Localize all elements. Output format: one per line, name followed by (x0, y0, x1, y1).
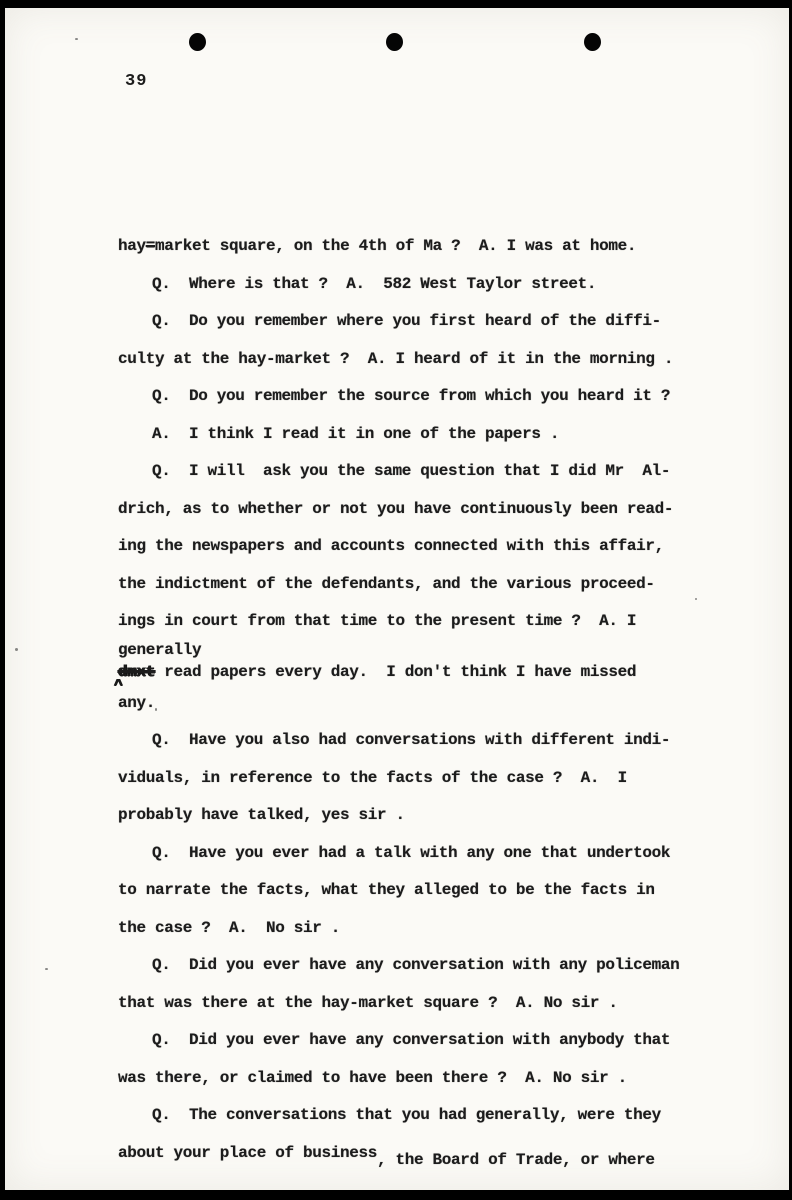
transcript-line: Q. I will ask you the same question that… (118, 453, 718, 491)
transcript-line: Q. Did you ever have any conversation wi… (118, 1022, 718, 1060)
transcript-line: Q. Did you ever have any conversation wi… (118, 947, 718, 985)
transcript-line: about your place of business, the Board … (118, 1135, 718, 1173)
scan-speck (75, 38, 78, 40)
scan-speck (155, 708, 157, 711)
scan-speck (45, 968, 48, 970)
transcript-text: hay=market square, on the 4th of Ma ? A.… (118, 228, 718, 1172)
strikethrough-segment: = (146, 237, 155, 255)
page-number: 39 (125, 72, 147, 91)
transcript-line: to narrate the facts, what they alleged … (118, 872, 718, 910)
transcript-line: Q. Do you remember where you first heard… (118, 303, 718, 341)
punch-hole-icon (189, 33, 206, 51)
transcript-line: Q. The conversations that you had genera… (118, 1097, 718, 1135)
transcript-line: generally (118, 641, 718, 659)
transcript-line: dmxt^ read papers every day. I don't thi… (118, 659, 718, 685)
punch-hole-icon (386, 33, 403, 51)
dropped-baseline-segment: , the Board of Trade, or where (377, 1142, 655, 1180)
transcript-line: drich, as to whether or not you have con… (118, 491, 718, 529)
text-segment: market square, on the 4th of Ma ? A. I w… (155, 237, 636, 255)
transcript-line: any. (118, 685, 718, 723)
transcript-line: probably have talked, yes sir . (118, 797, 718, 835)
text-segment: about your place of business (118, 1144, 377, 1162)
text-segment: read papers every day. I don't think I h… (155, 663, 636, 681)
scan-speck (15, 648, 18, 651)
transcript-line: A. I think I read it in one of the paper… (118, 416, 718, 454)
transcript-line: culty at the hay-market ? A. I heard of … (118, 341, 718, 379)
transcript-line: hay=market square, on the 4th of Ma ? A.… (118, 228, 718, 266)
scan-speck (695, 598, 697, 600)
transcript-line: viduals, in reference to the facts of th… (118, 760, 718, 798)
scanned-page: 39 hay=market square, on the 4th of Ma ?… (5, 8, 789, 1190)
transcript-line: Q. Where is that ? A. 582 West Taylor st… (118, 266, 718, 304)
transcript-line: Q. Do you remember the source from which… (118, 378, 718, 416)
struck-out-word: dmxt^ (118, 659, 155, 685)
transcript-line: Q. Have you ever had a talk with any one… (118, 835, 718, 873)
punch-hole-icon (584, 33, 601, 51)
transcript-line: was there, or claimed to have been there… (118, 1060, 718, 1098)
caret-insert-icon: ^ (114, 673, 123, 699)
text-segment: hay (118, 237, 146, 255)
transcript-line: ing the newspapers and accounts connecte… (118, 528, 718, 566)
transcript-line: the indictment of the defendants, and th… (118, 566, 718, 604)
transcript-line: the case ? A. No sir . (118, 910, 718, 948)
transcript-line: ings in court from that time to the pres… (118, 603, 718, 641)
transcript-line: that was there at the hay-market square … (118, 985, 718, 1023)
transcript-line: Q. Have you also had conversations with … (118, 722, 718, 760)
